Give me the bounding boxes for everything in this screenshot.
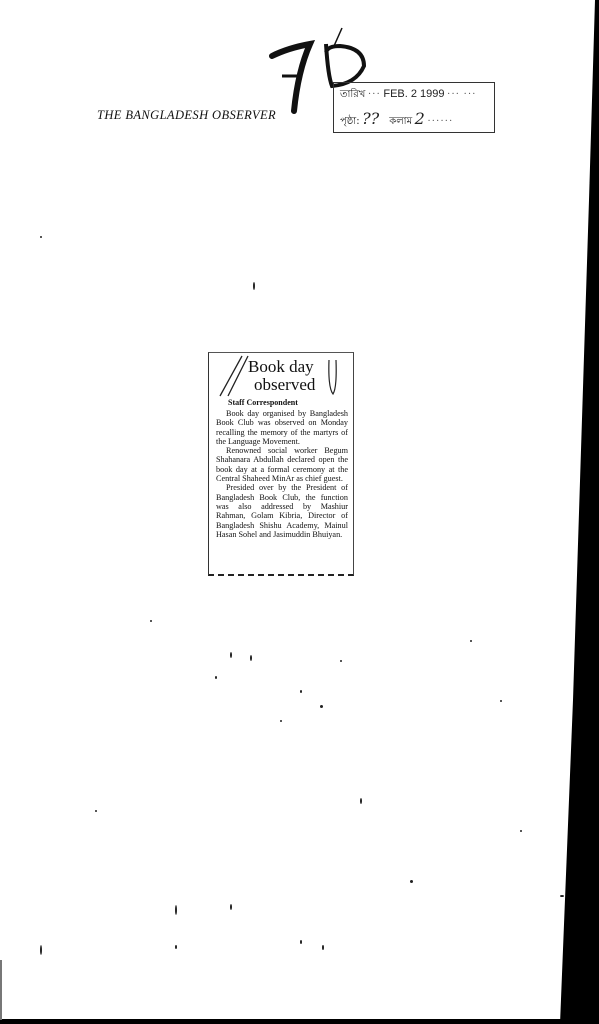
scan-speck (322, 945, 324, 950)
scan-speck (230, 652, 232, 658)
stamp-page-label: পৃষ্ঠা: (340, 116, 360, 127)
archive-stamp: তারিখ ··· FEB. 2 1999 ··· ··· পৃষ্ঠা: ??… (333, 82, 495, 133)
scan-speck (410, 880, 413, 883)
article-byline: Staff Correspondent (228, 398, 298, 407)
scan-speck (340, 660, 342, 662)
scan-edge-right (559, 0, 599, 1024)
scan-speck (175, 945, 177, 949)
stamp-date-row: তারিখ ··· FEB. 2 1999 ··· ··· (340, 87, 476, 104)
scan-speck (175, 905, 177, 915)
scan-speck (280, 720, 282, 722)
scan-speck (300, 690, 302, 693)
article-paragraph: Presided over by the President of Bangla… (216, 483, 348, 539)
stamp-column-value: 2 (415, 109, 425, 128)
pen-marks-icon (212, 354, 252, 398)
scan-speck (253, 282, 255, 290)
scan-speck (40, 236, 42, 238)
scan-speck (300, 940, 302, 944)
stamp-column-label: কলাম (389, 116, 412, 127)
article-paragraph: Renowned social worker Begum Shahanara A… (216, 446, 348, 483)
scan-speck (500, 700, 502, 702)
newspaper-masthead: THE BANGLADESH OBSERVER (97, 108, 276, 123)
article-paragraph: Book day organised by Bangladesh Book Cl… (216, 409, 348, 446)
pen-bracket-icon (326, 358, 340, 398)
scan-edge-left (0, 960, 2, 1020)
scan-speck (360, 798, 362, 804)
scan-speck (40, 945, 42, 955)
scan-speck (230, 904, 232, 910)
scan-speck (470, 640, 472, 642)
stamp-page-value: ?? (362, 109, 379, 128)
stamp-date-value: FEB. 2 1999 (383, 88, 444, 100)
scan-edge-bottom (0, 1019, 599, 1024)
scanned-page: THE BANGLADESH OBSERVER 70 তারিখ ··· FEB… (0, 0, 599, 1024)
stamp-date-label: তারিখ (340, 89, 365, 100)
scan-speck (95, 810, 97, 812)
stamp-page-row: পৃষ্ঠা: ?? কলাম 2 ······ (340, 109, 453, 131)
article-clipping: Book day observed Staff Correspondent Bo… (208, 352, 354, 578)
scan-speck (215, 676, 217, 679)
scan-speck (320, 705, 323, 708)
scan-speck (150, 620, 152, 622)
article-body: Book day organised by Bangladesh Book Cl… (216, 409, 348, 539)
scan-speck (560, 895, 564, 897)
scan-speck (250, 655, 252, 661)
scan-speck (520, 830, 522, 832)
